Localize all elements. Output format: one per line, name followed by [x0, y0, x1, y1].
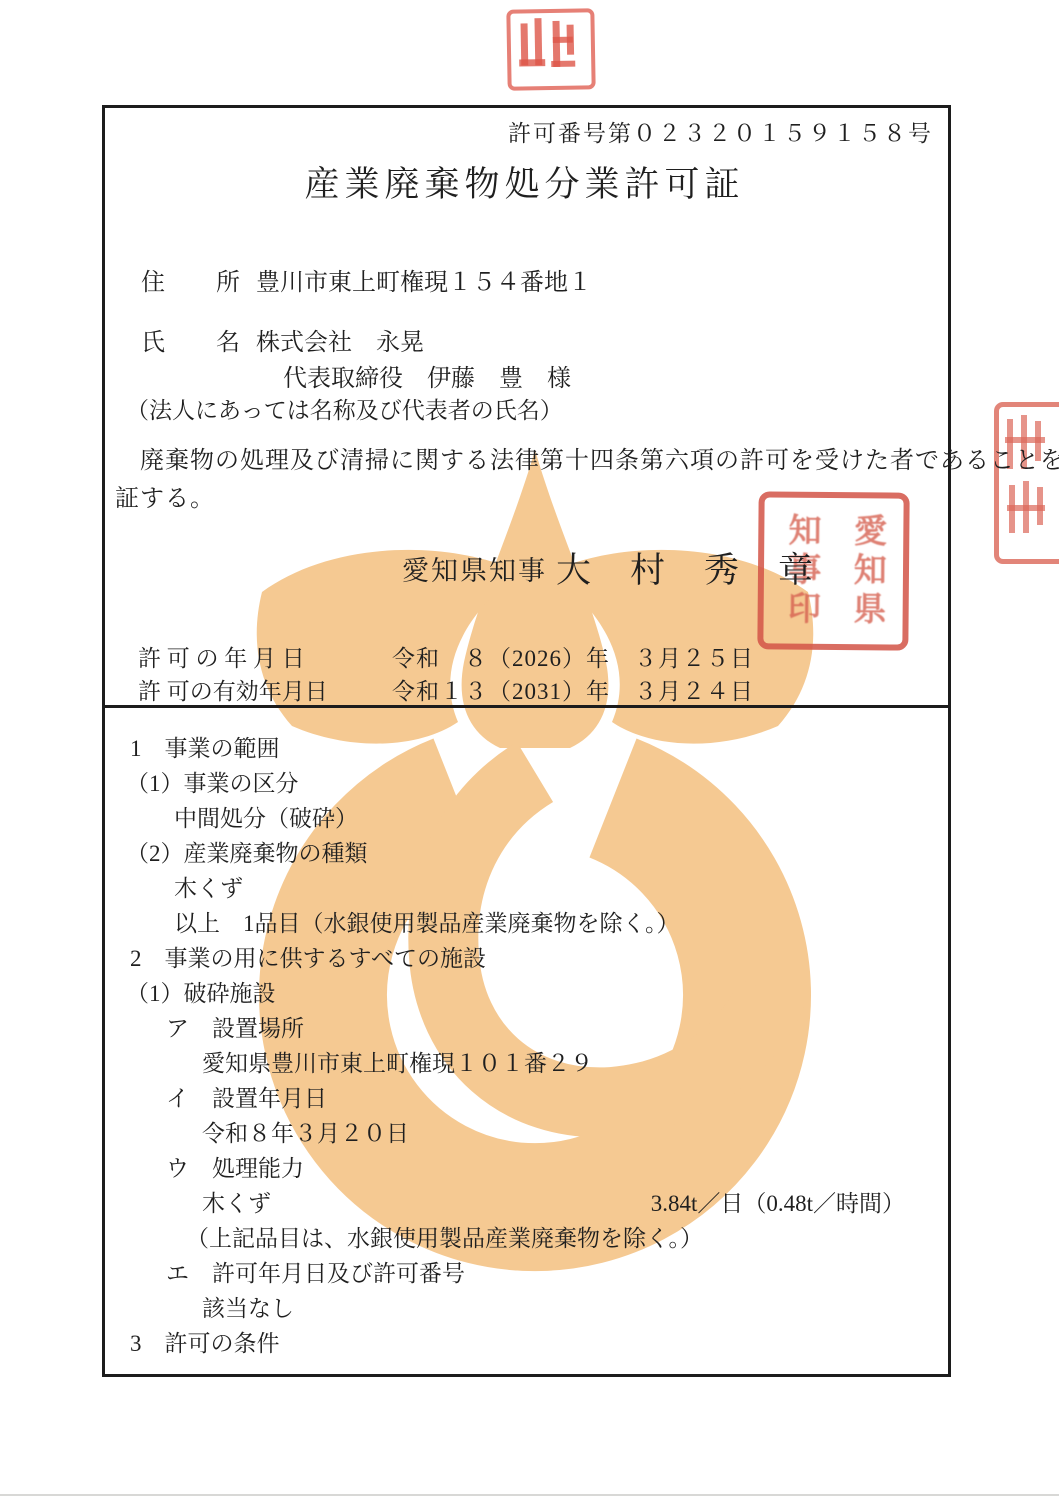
section-line-text: 3 許可の条件: [130, 1331, 280, 1356]
section-line: ウ 処理能力: [102, 1151, 947, 1186]
section-line-text: （上記品目は、水銀使用製品産業廃棄物を除く。）: [186, 1226, 703, 1251]
permit-number: 許可番号第０２３２０１５９１５８号: [508, 115, 933, 148]
section-line-text: 中間処分（破砕）: [174, 806, 358, 831]
issuer-title: 愛知県知事: [402, 549, 547, 588]
section-line-text: 木くず: [174, 876, 243, 901]
section-line-text: 該当なし: [202, 1296, 294, 1321]
business-scope-lines: 1 事業の範囲（1）事業の区分中間処分（破砕）（2）産業廃棄物の種類木くず以上 …: [102, 731, 947, 1361]
section-line-text: （2）産業廃棄物の種類: [126, 841, 368, 866]
section-line-text: イ 設置年月日: [166, 1086, 327, 1111]
section-line: 3 許可の条件: [102, 1326, 947, 1361]
section-line: 以上 1品目（水銀使用製品産業廃棄物を除く。）: [102, 906, 947, 941]
certification-line-1: 廃棄物の処理及び清掃に関する法律第十四条第六項の許可を受けた者であることを: [115, 440, 1059, 475]
section-line: 1 事業の範囲: [102, 731, 947, 766]
section-line-text: 令和８年３月２０日: [202, 1121, 409, 1146]
section-line: エ 許可年月日及び許可番号: [102, 1256, 947, 1291]
section-line-text: 木くず: [202, 1191, 271, 1216]
processing-capacity-value: 3.84t／日（0.48t／時間）: [651, 1186, 905, 1221]
valid-date-value: 令和１３（2031）年 ３月２４日: [392, 673, 754, 706]
section-line: 2 事業の用に供するすべての施設: [102, 941, 947, 976]
section-line: 木くず3.84t／日（0.48t／時間）: [102, 1186, 947, 1221]
section-line-text: ア 設置場所: [166, 1016, 304, 1041]
certification-line-2: 証する。: [115, 478, 215, 513]
section-line-text: 以上 1品目（水銀使用製品産業廃棄物を除く。）: [174, 911, 680, 936]
issuer-name: 大 村 秀 章: [556, 543, 815, 593]
page-title: 産業廃棄物処分業許可証: [102, 157, 947, 207]
section-line: 令和８年３月２０日: [102, 1116, 947, 1151]
section-line: イ 設置年月日: [102, 1081, 947, 1116]
section-line-text: 1 事業の範囲: [130, 736, 280, 761]
scanned-permit-page: 許可番号第０２３２０１５９１５８号 産業廃棄物処分業許可証 住 所 豊川市東上町…: [0, 0, 1059, 1498]
section-line: 愛知県豊川市東上町権現１０１番２９: [102, 1046, 947, 1081]
section-line-text: エ 許可年月日及び許可番号: [166, 1261, 465, 1286]
section-line-text: ウ 処理能力: [166, 1156, 304, 1181]
grant-date-label: 許 可 の 年 月 日: [138, 640, 305, 673]
section-line-text: 2 事業の用に供するすべての施設: [130, 946, 486, 971]
grant-date-value: 令和 ８（2026）年 ３月２５日: [392, 640, 754, 673]
section-line: （上記品目は、水銀使用製品産業廃棄物を除く。）: [102, 1221, 947, 1256]
representative-name: 代表取締役 伊藤 豊 様: [283, 358, 571, 393]
section-line: （1）破砕施設: [102, 976, 947, 1011]
scan-edge-artifact: [0, 1494, 1059, 1496]
address-value: 豊川市東上町権現１５４番地１: [256, 262, 592, 297]
edge-red-stamp-icon: [994, 402, 1059, 564]
name-label: 氏 名: [141, 322, 241, 357]
valid-date-label: 許 可の有効年月日: [138, 673, 328, 706]
section-line-text: （1）事業の区分: [126, 771, 299, 796]
corporate-note: （法人にあっては名称及び代表者の氏名）: [126, 392, 563, 425]
company-name: 株式会社 永晃: [256, 322, 424, 357]
section-line: ア 設置場所: [102, 1011, 947, 1046]
address-label: 住 所: [141, 262, 241, 297]
section-line: （2）産業廃棄物の種類: [102, 836, 947, 871]
top-red-stamp-icon: [506, 8, 595, 91]
section-line: （1）事業の区分: [102, 766, 947, 801]
section-line: 該当なし: [102, 1291, 947, 1326]
section-line: 木くず: [102, 871, 947, 906]
section-line-text: （1）破砕施設: [126, 981, 276, 1006]
governor-seal-right-column: 愛知県: [849, 513, 883, 630]
section-line-text: 愛知県豊川市東上町権現１０１番２９: [202, 1051, 593, 1076]
section-line: 中間処分（破砕）: [102, 801, 947, 836]
